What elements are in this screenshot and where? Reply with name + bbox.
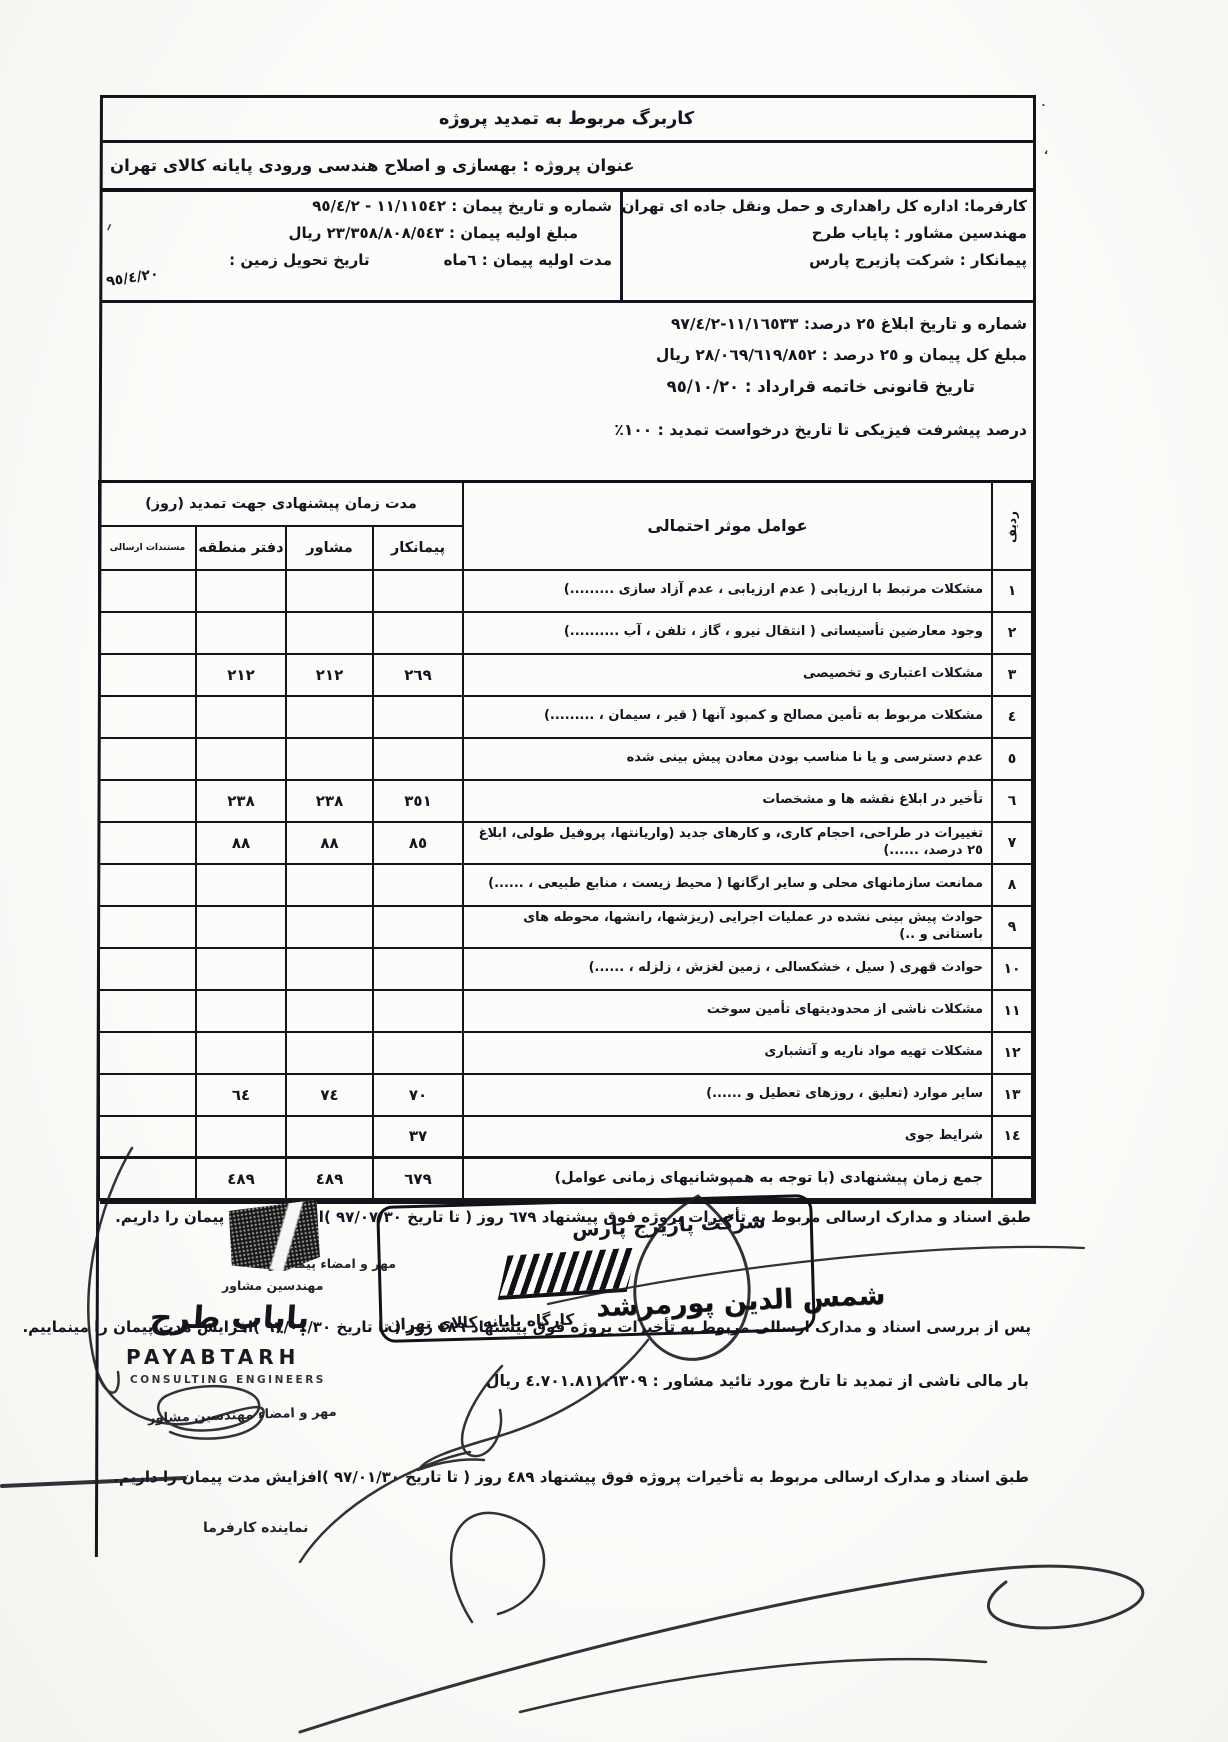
scan-artifact: ٠ — [1040, 98, 1047, 111]
table-row: ١٣سایر موارد (تعلیق ، روزهای تعطیل و ...… — [99, 1074, 1032, 1116]
physical-progress-line: درصد پیشرفت فیزیکی تا تاریخ درخواست تمدی… — [100, 421, 1027, 439]
table-row: ١١مشکلات ناشی از محدودیتهای تأمین سوخت — [99, 990, 1032, 1032]
land-delivery-label: تاریخ تحویل زمین : — [229, 251, 369, 269]
total-amount-line: مبلغ کل پیمان و ٢٥ درصد : ٢٨/٠٦٩/٦١٩/٨٥٢… — [100, 346, 1027, 364]
parties-block: کارفرما: اداره کل راهداری و حمل ونقل جاد… — [620, 192, 1033, 300]
col-contractor: پیمانکار — [373, 526, 463, 570]
payabtarh-logo-fa: پایاب طرح — [149, 1300, 311, 1336]
table-row: ١٠حوادث قهری ( سیل ، خشکسالی ، زمین لغزش… — [99, 948, 1032, 990]
stamp-company-name: شرکت پازیرج پارس — [571, 1209, 766, 1242]
table-row: ١٢مشکلات تهیه مواد ناریه و آتشباری — [99, 1032, 1032, 1074]
total-row: جمع زمان پیشنهادی (با توجه به همپوشانیها… — [99, 1158, 1032, 1200]
table-row: ٧تغییرات در طراحی، احجام کاری، و کارهای … — [99, 822, 1032, 864]
col-office: دفتر منطقه — [196, 526, 286, 570]
client-line: کارفرما: اداره کل راهداری و حمل ونقل جاد… — [627, 197, 1027, 215]
contract-details-section: شماره و تاریخ ابلاغ ٢٥ درصد: ١١/١٦٥٣٣-٩٧… — [100, 303, 1033, 480]
legal-end-date-line: تاریخ قانونی خاتمه قرارداد : ٩٥/١٠/٢٠ — [100, 377, 1027, 396]
table-row: ٨ممانعت سازمانهای محلی و سایر ارگانها ( … — [99, 864, 1032, 906]
table-row: ١٤شرایط جوی٣٧ — [99, 1116, 1032, 1158]
proposed-days-header: مدت زمان پیشنهادی جهت تمدید (روز) — [99, 482, 463, 526]
scan-artifact: ؍ — [106, 220, 112, 233]
contract-block: شماره و تاریخ پیمان : ١١/١١٥٤٢ - ٩٥/٤/٢ … — [100, 192, 620, 300]
table-row: ٢وجود معارضین تأسیساتی ( انتقال نیرو ، گ… — [99, 612, 1032, 654]
signature-stroke — [300, 1566, 1143, 1732]
contract-info-row: کارفرما: اداره کل راهداری و حمل ونقل جاد… — [100, 192, 1033, 303]
consultant-line: مهندسین مشاور : پایاب طرح — [627, 224, 1027, 242]
table-row: ١مشکلات مرتبط با ارزیابی ( عدم ارزیابی ،… — [99, 570, 1032, 612]
signature-stroke — [451, 1513, 544, 1622]
scanned-document-page: کاربرگ مربوط به تمدید پروژه عنوان پروژه … — [0, 0, 1228, 1742]
row-number-header: ردیف — [992, 482, 1032, 570]
financial-impact-line: بار مالی ناشی از تمدید تا تارخ مورد تائی… — [486, 1372, 1029, 1390]
initial-amount: مبلغ اولیه پیمان : ٢٣/٣٥٨/٨٠٨/٥٤٣ ریال — [104, 224, 612, 242]
scan-artifact: ، — [1044, 144, 1048, 157]
signature-stroke — [420, 1340, 648, 1468]
client-statement: طبق اسناد و مدارک ارسالی مربوط به تأخیرا… — [113, 1468, 1029, 1486]
col-docs: مستندات ارسالی — [99, 526, 196, 570]
extension-worksheet: کاربرگ مربوط به تمدید پروژه عنوان پروژه … — [100, 95, 1036, 1204]
table-row: ٣مشکلات اعتباری و تخصیصی٢٦٩٢١٢٢١٢ — [99, 654, 1032, 696]
notice-25-line: شماره و تاریخ ابلاغ ٢٥ درصد: ١١/١٦٥٣٣-٩٧… — [100, 315, 1027, 333]
factors-table-body: ١مشکلات مرتبط با ارزیابی ( عدم ارزیابی ،… — [99, 570, 1032, 1200]
project-title: عنوان پروژه : بهسازی و اصلاح هندسی ورودی… — [100, 143, 1033, 192]
table-row: ٩حوادث پیش بینی نشده در عملیات اجرایی (ر… — [99, 906, 1032, 948]
signature-stroke — [520, 1659, 986, 1712]
land-delivery-date: ٩٥/٤/٢٠ — [105, 266, 160, 290]
payabtarh-logo-en: PAYABTARH — [126, 1345, 300, 1369]
client-representative-label: نماینده کارفرما — [203, 1520, 308, 1536]
consultant-short-label: مهندسین مشاور — [222, 1278, 323, 1293]
contractor-line: پیمانکار : شرکت پازیرج پارس — [627, 251, 1027, 269]
factors-header: عوامل موثر احتمالی — [463, 482, 992, 570]
page-title: کاربرگ مربوط به تمدید پروژه — [100, 98, 1033, 143]
delay-factors-table: ردیف عوامل موثر احتمالی مدت زمان پیشنهاد… — [98, 480, 1033, 1201]
payabtarh-logo-subtitle: CONSULTING ENGINEERS — [130, 1374, 326, 1386]
table-row: ٤مشکلات مربوط به تأمین مصالح و کمبود آنه… — [99, 696, 1032, 738]
table-row: ٥عدم دسترسی و یا نا مناسب بودن معادن پیش… — [99, 738, 1032, 780]
contract-number-date: شماره و تاریخ پیمان : ١١/١١٥٤٢ - ٩٥/٤/٢ — [104, 197, 612, 215]
initial-duration: مدت اولیه پیمان : ٦ماه — [444, 251, 612, 269]
col-consultant: مشاور — [286, 526, 373, 570]
table-row: ٦تأخیر در ابلاغ نقشه ها و مشخصات٣٥١٢٣٨٢٣… — [99, 780, 1032, 822]
stamp-site-name: کارگاه پایانه کالای تهران — [387, 1311, 575, 1334]
consultant-seal-label: مهر و امضاء مهندسین مشاور — [148, 1405, 337, 1427]
